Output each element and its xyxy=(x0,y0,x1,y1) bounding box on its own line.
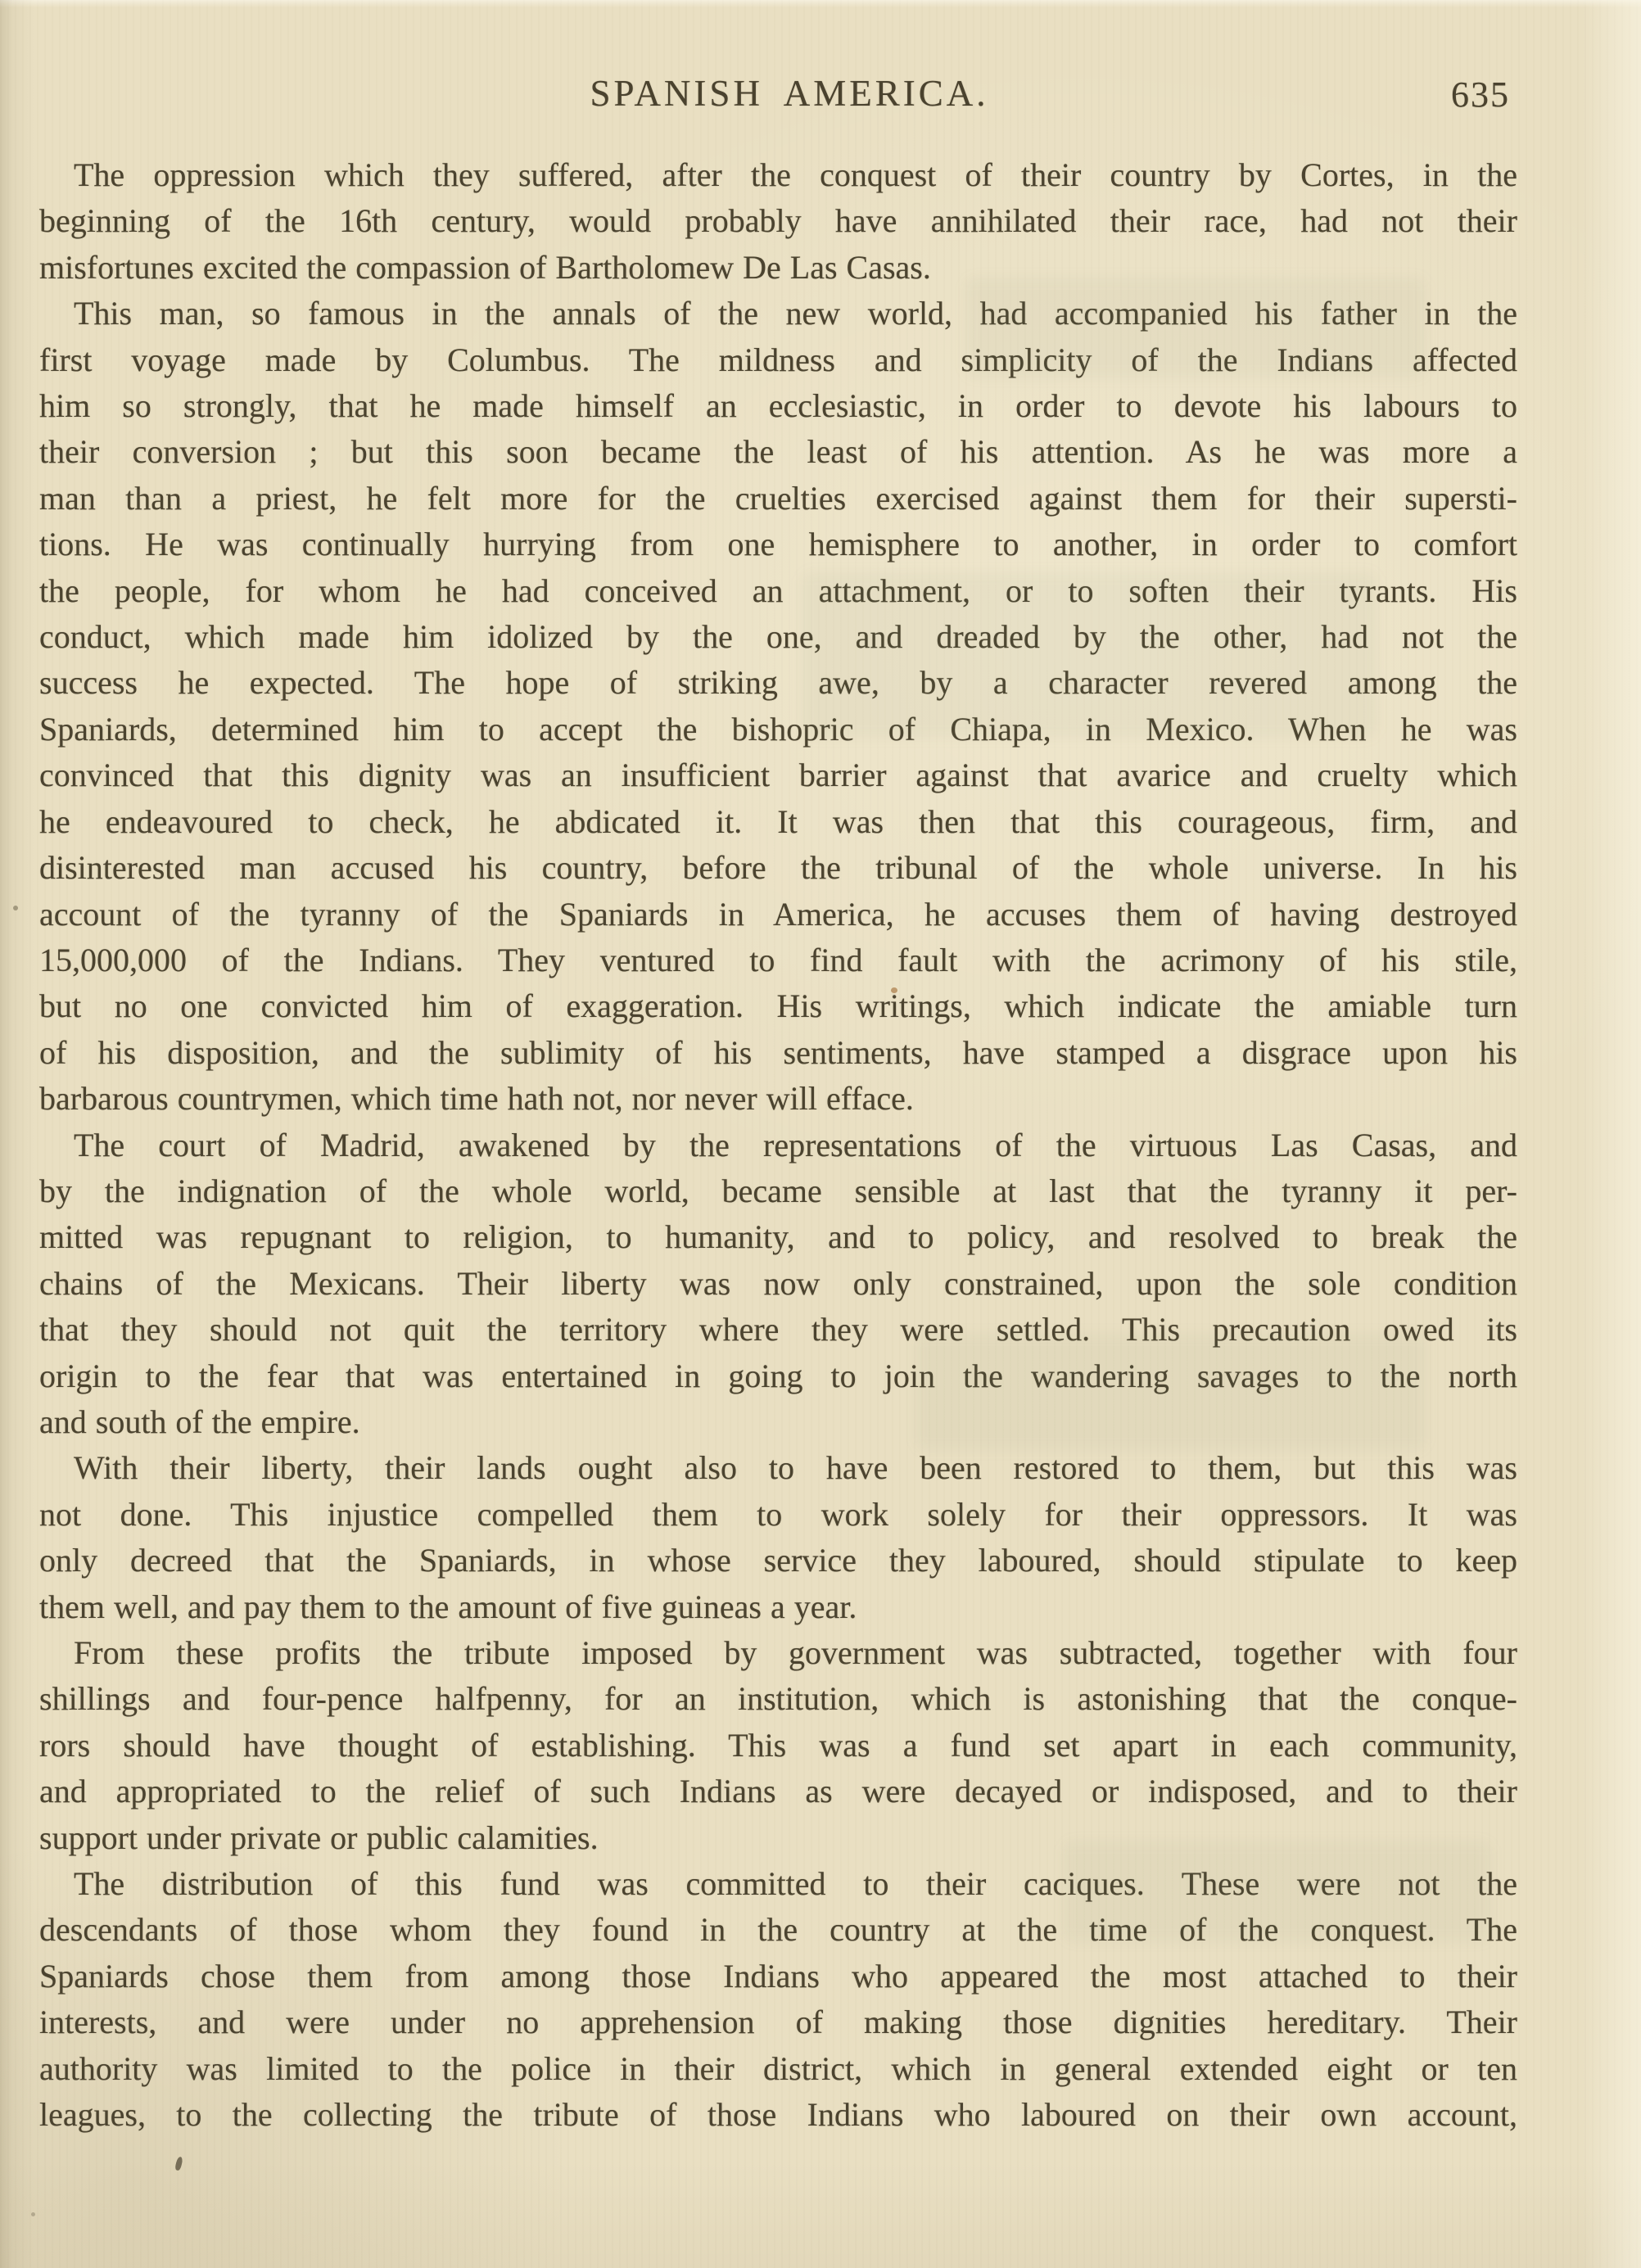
text-line: From these profits the tribute imposed b… xyxy=(39,1630,1517,1676)
text-line: that they should not quit the territory … xyxy=(39,1307,1517,1353)
text-line: their conversion ; but this soon became … xyxy=(39,429,1517,475)
text-line: This man, so famous in the annals of the… xyxy=(39,291,1517,337)
text-line: disinterested man accused his country, b… xyxy=(39,845,1517,891)
running-title: SPANISH AMERICA. xyxy=(0,72,1610,115)
text-line: first voyage made by Columbus. The mildn… xyxy=(39,337,1517,383)
text-line: descendants of those whom they found in … xyxy=(39,1907,1517,1953)
text-line: shillings and four-pence halfpenny, for … xyxy=(39,1676,1517,1722)
text-line: success he expected. The hope of strikin… xyxy=(39,660,1517,706)
text-line: authority was limited to the police in t… xyxy=(39,2046,1517,2092)
text-line: man than a priest, he felt more for the … xyxy=(39,476,1517,522)
ink-speck xyxy=(31,2212,35,2216)
text-line: origin to the fear that was entertained … xyxy=(39,1353,1517,1399)
text-line: The court of Madrid, awakened by the rep… xyxy=(39,1123,1517,1168)
ink-speck xyxy=(13,906,18,910)
text-line: 15,000,000 of the Indians. They ventured… xyxy=(39,937,1517,983)
text-line: interests, and were under no apprehensio… xyxy=(39,1999,1517,2045)
text-line: barbarous countrymen, which time hath no… xyxy=(39,1076,1517,1122)
text-line: tions. He was continually hurrying from … xyxy=(39,522,1517,567)
text-line: them well, and pay them to the amount of… xyxy=(39,1584,1517,1630)
text-line: Spaniards chose them from among those In… xyxy=(39,1954,1517,1999)
paragraph: The oppression which they suffered, afte… xyxy=(39,152,1517,291)
text-line: only decreed that the Spaniards, in whos… xyxy=(39,1538,1517,1584)
paragraph: The court of Madrid, awakened by the rep… xyxy=(39,1123,1517,1446)
text-line: and south of the empire. xyxy=(39,1399,1517,1445)
text-line: but no one convicted him of exaggeration… xyxy=(39,983,1517,1029)
text-line: not done. This injustice compelled them … xyxy=(39,1492,1517,1538)
text-line: support under private or public calamiti… xyxy=(39,1815,1517,1861)
text-line: of his disposition, and the sublimity of… xyxy=(39,1030,1517,1076)
ink-speck xyxy=(174,2156,183,2171)
text-line: account of the tyranny of the Spaniards … xyxy=(39,892,1517,937)
page-number: 635 xyxy=(1451,74,1510,115)
text-line: him so strongly, that he made himself an… xyxy=(39,383,1517,429)
text-line: convinced that this dignity was an insuf… xyxy=(39,752,1517,798)
page-text: The oppression which they suffered, afte… xyxy=(39,152,1517,2138)
text-line: by the indignation of the whole world, b… xyxy=(39,1168,1517,1214)
text-line: and appropriated to the relief of such I… xyxy=(39,1769,1517,1814)
text-line: The distribution of this fund was commit… xyxy=(39,1861,1517,1907)
text-line: chains of the Mexicans. Their liberty wa… xyxy=(39,1261,1517,1307)
paragraph: From these profits the tribute imposed b… xyxy=(39,1630,1517,1861)
text-line: he endeavoured to check, he abdicated it… xyxy=(39,799,1517,845)
book-page: SPANISH AMERICA. 635 The oppression whic… xyxy=(0,0,1641,2268)
text-line: misfortunes excited the compassion of Ba… xyxy=(39,245,1517,291)
text-line: Spaniards, determined him to accept the … xyxy=(39,707,1517,752)
paragraph: This man, so famous in the annals of the… xyxy=(39,291,1517,1122)
paragraph: With their liberty, their lands ought al… xyxy=(39,1445,1517,1630)
text-line: mitted was repugnant to religion, to hum… xyxy=(39,1214,1517,1260)
text-line: leagues, to the collecting the tribute o… xyxy=(39,2092,1517,2138)
text-line: conduct, which made him idolized by the … xyxy=(39,614,1517,660)
text-line: the people, for whom he had conceived an… xyxy=(39,568,1517,614)
text-line: With their liberty, their lands ought al… xyxy=(39,1445,1517,1491)
paragraph: The distribution of this fund was commit… xyxy=(39,1861,1517,2138)
text-line: beginning of the 16th century, would pro… xyxy=(39,198,1517,244)
text-line: rors should have thought of establishing… xyxy=(39,1723,1517,1769)
text-line: The oppression which they suffered, afte… xyxy=(39,152,1517,198)
